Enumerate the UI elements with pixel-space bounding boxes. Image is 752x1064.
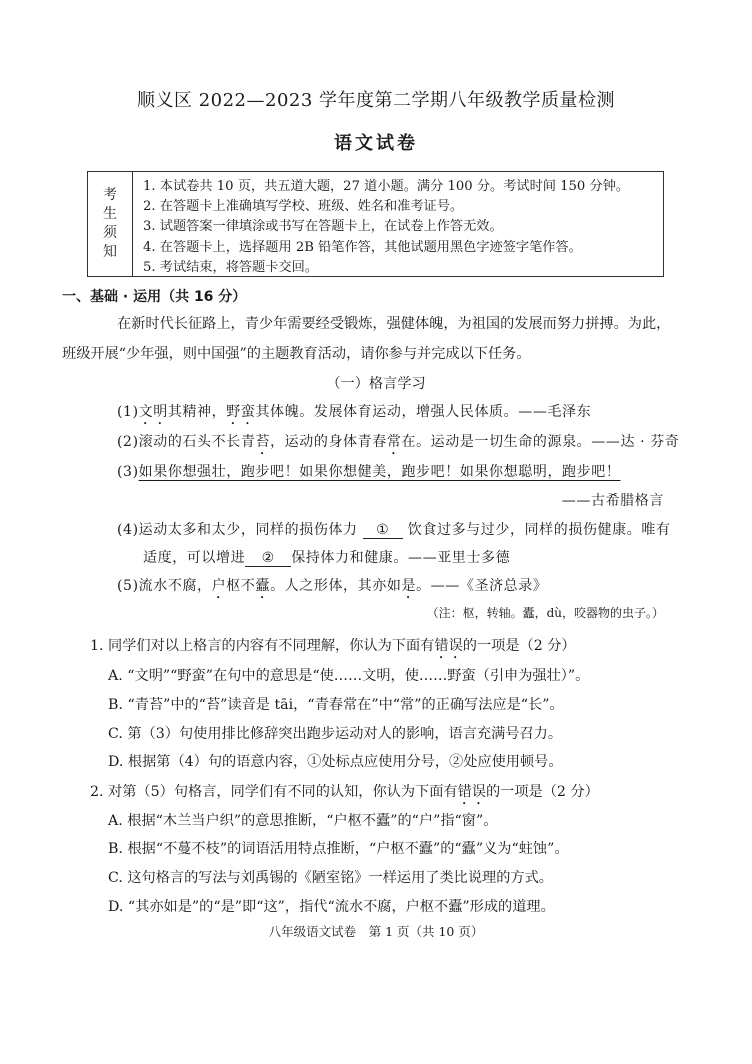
emphasized-text: 蠹 [255, 578, 270, 594]
motto-text: 运动太多和太少，同样的损伤体力 [139, 522, 358, 538]
notice-item: 4. 在答题卡上，选择题用 2B 铅笔作答，其他试题用黑色字迹签字笔作答。 [143, 238, 629, 258]
notice-label-char: 生 [103, 205, 117, 224]
motto-number: (2) [117, 434, 139, 450]
question-text: 1. 同学们对以上格言的内容有不同理解，你认为下面有 [90, 638, 434, 654]
intro-paragraph-line2: 班级开展“少年强，则中国强”的主题教育活动，请你参与并完成以下任务。 [62, 343, 531, 363]
page-footer: 八年级语文试卷 第 1 页（共 10 页） [0, 922, 752, 940]
motto-text: 。——《圣济总录》 [416, 578, 547, 594]
motto-3-attribution: ——古希腊格言 [562, 490, 664, 510]
motto-4-continued: 适度，可以增进②保持体力和健康。——亚里士多德 [143, 547, 510, 567]
notice-item: 5. 考试结束，将答题卡交回。 [143, 258, 629, 278]
emphasized-text: 苔 [255, 434, 270, 450]
motto-number: (1) [117, 404, 139, 420]
candidate-notice-box: 考 生 须 知 1. 本试卷共 10 页，共五道大题，27 道小题。满分 100… [87, 171, 664, 277]
question-2-option-a: A. 根据“木兰当户织”的意思推断，“户枢不蠹”的“户”指“窗”。 [108, 810, 497, 830]
section-heading: 一、基础 · 运用（共 16 分） [62, 286, 246, 306]
notice-label-char: 知 [103, 243, 117, 262]
annotation-note: （注：枢，转轴。蠹，dù，咬器物的虫子。） [427, 604, 664, 621]
motto-text: 适度，可以增进 [143, 550, 245, 566]
question-1-stem: 1. 同学们对以上格言的内容有不同理解，你认为下面有错误的一项是（2 分） [90, 635, 576, 662]
question-2-option-b: B. 根据“不蔓不枝”的词语活用特点推断，“户枢不蠹”的“蠹”义为“蛀蚀”。 [108, 838, 569, 858]
intro-paragraph-line1: 在新时代长征路上，青少年需要经受锻炼，强健体魄，为祖国的发展而努力拼搏。为此， [117, 313, 670, 333]
exam-title: 顺义区 2022—2023 学年度第二学期八年级教学质量检测 [0, 86, 752, 112]
notice-item: 2. 在答题卡上准确填写学校、班级、姓名和准考证号。 [143, 197, 629, 217]
notice-label: 考 生 须 知 [88, 172, 133, 276]
motto-text: 滚动的石头不长青 [139, 434, 256, 450]
question-2-option-d: D. “其亦如是”的“是”即“这”，指代“流水不腐，户枢不蠹”形成的道理。 [108, 896, 555, 916]
motto-3: (3)如果你想强壮，跑步吧！如果你想健美，跑步吧！如果你想聪明，跑步吧！ [117, 461, 620, 481]
emphasized-text: 错误 [458, 784, 486, 800]
emphasized-text: 野蛮 [226, 404, 255, 420]
motto-text: 其体魄。发展体育运动，增强人民体质。——毛泽东 [255, 404, 591, 420]
motto-5: (5)流水不腐，户枢不蠹。人之形体，其亦如是。——《圣济总录》 [117, 575, 547, 602]
fill-blank-1: ① [363, 522, 403, 539]
fill-blank-2: ② [245, 550, 291, 567]
underlined-motto-text: 如果你想强壮，跑步吧！如果你想健美，跑步吧！如果你想聪明，跑步吧！ [139, 464, 621, 480]
motto-2: (2)滚动的石头不长青苔，运动的身体青春常在。运动是一切生命的源泉。——达 · … [117, 431, 679, 458]
motto-text: ，运动的身体青春 [270, 434, 387, 450]
question-1-option-a: A. “文明”“野蛮”在句中的意思是“使……文明，使……野蛮（引申为强壮）”。 [108, 665, 589, 685]
motto-1: (1)文明其精神，野蛮其体魄。发展体育运动，增强人民体质。——毛泽东 [117, 401, 591, 428]
motto-text: 饮食过多与过少，同样的损伤健康。唯有 [408, 522, 671, 538]
question-1-option-d: D. 根据第（4）句的语意内容，①处标点应使用分号，②处应使用顿号。 [108, 751, 563, 771]
question-text: 的一项是（2 分） [463, 638, 576, 654]
notice-label-char: 考 [103, 186, 117, 205]
motto-number: (4) [117, 522, 139, 538]
emphasized-text: 是 [401, 578, 416, 594]
motto-text: 其精神， [168, 404, 226, 420]
question-2-option-c: C. 这句格言的写法与刘禹锡的《陋室铭》一样运用了类比说理的方式。 [108, 867, 553, 887]
exam-subtitle: 语文试卷 [0, 129, 752, 155]
motto-text: 在。运动是一切生命的源泉。——达 · 芬奇 [401, 434, 679, 450]
question-2-stem: 2. 对第（5）句格言，同学们有不同的认知，你认为下面有错误的一项是（2 分） [90, 781, 599, 808]
notice-label-char: 须 [103, 224, 117, 243]
notice-item: 1. 本试卷共 10 页，共五道大题，27 道小题。满分 100 分。考试时间 … [143, 177, 629, 197]
notice-items: 1. 本试卷共 10 页，共五道大题，27 道小题。满分 100 分。考试时间 … [143, 177, 629, 278]
motto-4: (4)运动太多和太少，同样的损伤体力 ① 饮食过多与过少，同样的损伤健康。唯有 [117, 519, 671, 539]
question-text: 的一项是（2 分） [486, 784, 599, 800]
motto-text: 保持体力和健康。——亚里士多德 [291, 550, 510, 566]
emphasized-text: 户 [212, 578, 227, 594]
emphasized-text: 错误 [434, 638, 462, 654]
question-text: 2. 对第（5）句格言，同学们有不同的认知，你认为下面有 [90, 784, 458, 800]
motto-text: 。人之形体，其亦如 [270, 578, 401, 594]
motto-number: (3) [117, 464, 139, 480]
question-1-option-c: C. 第（3）句使用排比修辞突出跑步运动对人的影响，语言充满号召力。 [108, 723, 562, 743]
motto-text: 枢不 [226, 578, 255, 594]
notice-item: 3. 试题答案一律填涂或书写在答题卡上，在试卷上作答无效。 [143, 217, 629, 237]
emphasized-text: 文明 [139, 404, 168, 420]
motto-text: 流水不腐， [139, 578, 212, 594]
question-1-option-b: B. “青苔”中的“苔”读音是 tāi，“青春常在”中“常”的正确写法应是“长”… [108, 694, 564, 714]
emphasized-text: 常 [387, 434, 402, 450]
subsection-heading: （一）格言学习 [0, 373, 752, 393]
motto-number: (5) [117, 578, 139, 594]
